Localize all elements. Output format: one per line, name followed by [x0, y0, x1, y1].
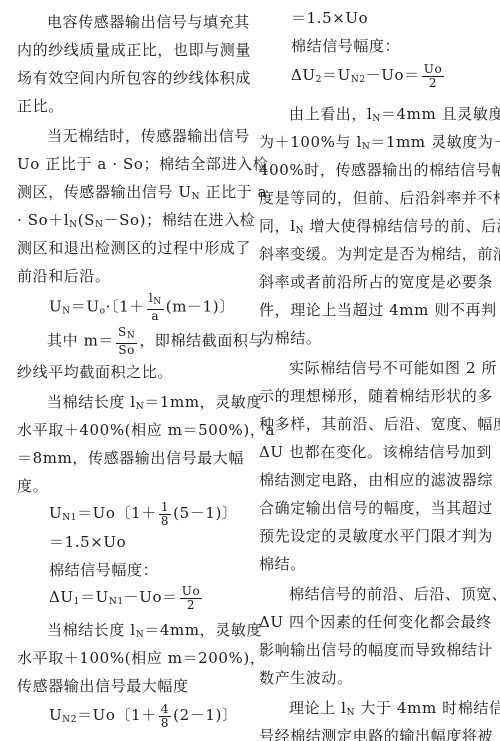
text-line: 当无棉结时，传感器输出信号 — [17, 126, 250, 146]
fraction: 18 — [159, 501, 171, 528]
text-line: 示的理想梯形，随着棉结形状的多 — [259, 386, 493, 406]
text-line: 由上看出，lN＝4mm 且灵敏度 — [259, 104, 500, 129]
text-line: 棉结测定电路，由相应的滤波器综 — [259, 470, 493, 490]
text-line: 斜率或者前沿所占的宽度是必要条 — [259, 272, 493, 292]
text-line: 度是等同的，但前、后沿斜率并不相 — [259, 188, 500, 208]
text-line: 纱线平均截面积之比。 — [17, 362, 173, 382]
equation-du1: ΔU1＝UN1－Uo＝Uo2 — [17, 584, 204, 615]
text-line: 号经棉结测定电路的输出幅度将被 — [259, 726, 493, 741]
equation-un1: UN1＝Uo〔1＋18(5－1)〕 — [17, 500, 238, 531]
equation-un2: UN2＝Uo〔1＋48(2－1)〕 — [17, 702, 238, 733]
text-line: 电容传感器输出信号与填充其 — [17, 12, 250, 32]
equation-du2: ΔU2＝UN2－Uo＝Uo2 — [259, 62, 446, 93]
equation-un2-result: ＝1.5×Uo — [259, 8, 368, 28]
text-line: 预先设定的灵敏度水平门限才判为 — [259, 526, 493, 546]
text-line: 合确定输出信号的幅度，当其超过 — [259, 498, 493, 518]
text-line: · So＋lN(SN－So)；棉结在进入检 — [17, 210, 255, 235]
equation-un: UN＝Uo·〔1＋lNa(m－1)〕 — [17, 292, 235, 325]
text-line: 为＋100%与 lN＝1mm 灵敏度为＋ — [259, 132, 500, 157]
text-line: 为棉结。 — [259, 328, 321, 348]
text-line: 当棉结长度 lN＝1mm，灵敏度 — [17, 392, 262, 417]
text-line: 度。 — [17, 476, 48, 496]
text-line: 场有效空间内所包容的纱线体积成 — [17, 68, 251, 88]
text-line: 棉结信号的前沿、后沿、顶宽、 — [259, 584, 500, 604]
text-line: 测区和退出检测区的过程中形成了 — [17, 238, 251, 258]
text-line: 棉结信号幅度： — [259, 36, 400, 56]
text-line: 400%时，传感器输出的棉结信号幅 — [259, 160, 500, 180]
text-line: ＝8mm，传感器输出信号最大幅 — [17, 448, 244, 468]
text-line: 当棉结长度 lN＝4mm，灵敏度 — [17, 620, 262, 645]
text-line: 影响输出信号的幅度而导致棉结计 — [259, 640, 493, 660]
text-line: 种多样，其前沿、后沿、宽度、幅度 — [259, 414, 500, 434]
text-line: 传感器输出信号最大幅度 — [17, 676, 189, 696]
text-line: 正比。 — [17, 96, 64, 116]
fraction: lNa — [147, 292, 164, 323]
text-line: 内的纱线质量成正比，也即与测量 — [17, 40, 251, 60]
text-line: ΔU 四个因素的任何变化都会最终 — [259, 612, 492, 632]
text-line: 棉结。 — [259, 554, 306, 574]
fraction: SNSo — [116, 326, 137, 357]
text-line: 同，lN 增大使得棉结信号的前、后沿 — [259, 216, 500, 241]
text-line: ΔU 也都在变化。该棉结信号加到 — [259, 442, 492, 462]
text-line: 水平取＋100%(相应 m＝200%)， — [17, 648, 265, 668]
text-line: 前沿和后沿。 — [17, 266, 111, 286]
text-line: 水平取＋400%(相应 m＝500%)，a — [17, 420, 275, 440]
text-line: 理论上 lN 大于 4mm 时棉结信 — [259, 698, 500, 723]
equation-un1-result: ＝1.5×Uo — [17, 532, 126, 552]
text-line: 件，理论上当超过 4mm 则不再判 — [259, 300, 497, 320]
text-line: 其中 m＝SNSo，即棉结截面积与 — [17, 326, 264, 357]
fraction: 48 — [159, 703, 171, 730]
fraction: Uo2 — [422, 63, 445, 90]
text-line: Uo 正比于 a · So；棉结全部进入检 — [17, 154, 268, 174]
text-line: 测区，传感器输出信号 UN 正比于 a — [17, 182, 267, 207]
text-line: 实际棉结信号不可能如图 2 所 — [259, 358, 497, 378]
fraction: Uo2 — [180, 585, 203, 612]
text-line: 数产生波动。 — [259, 668, 353, 688]
text-line: 棉结信号幅度： — [17, 560, 158, 580]
text-line: 斜率变缓。为判定是否为棉结，前沿 — [259, 244, 500, 264]
